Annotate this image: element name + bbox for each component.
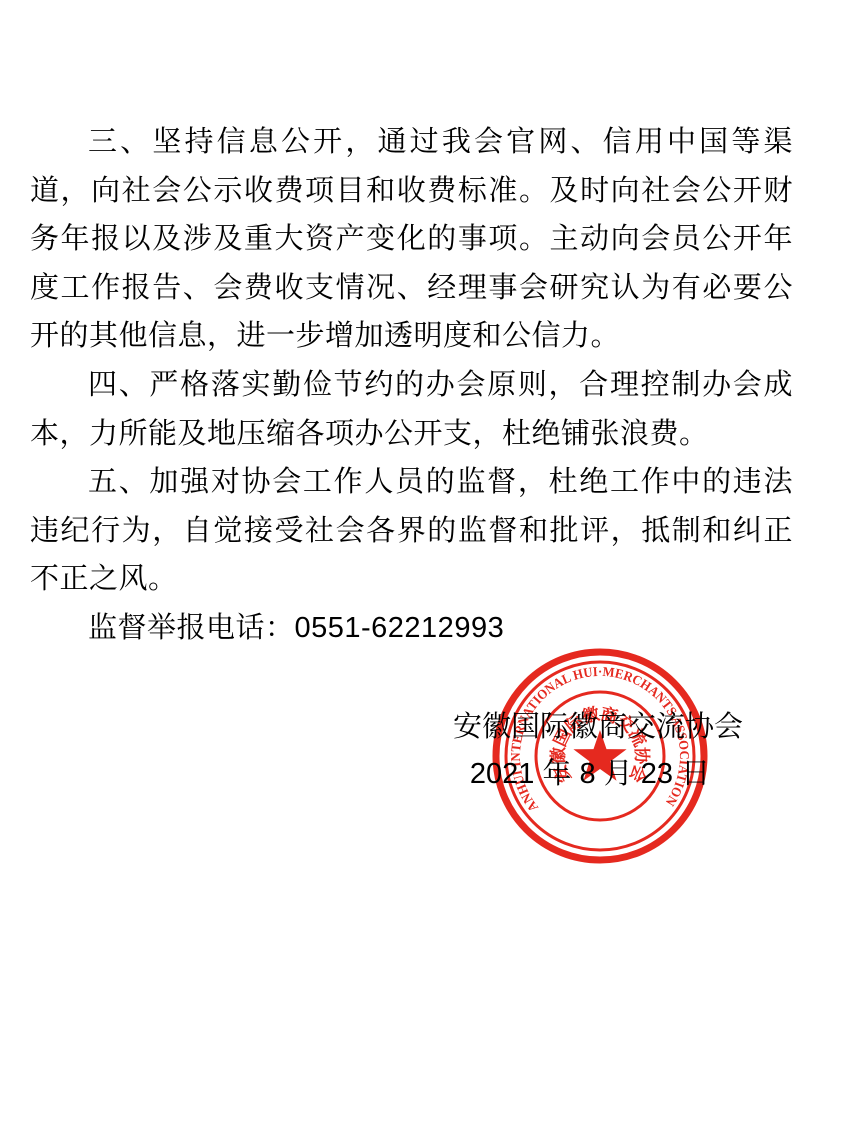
document-body: 三、坚持信息公开，通过我会官网、信用中国等渠道，向社会公示收费项目和收费标准。及… [30, 118, 793, 653]
signature-date: 2021 年 8 月 23 日 [418, 756, 762, 792]
paragraph-five: 五、加强对协会工作人员的监督，杜绝工作中的违法违纪行为，自觉接受社会各界的监督和… [30, 458, 793, 604]
document-page: 三、坚持信息公开，通过我会官网、信用中国等渠道，向社会公示收费项目和收费标准。及… [0, 0, 850, 1133]
paragraph-four: 四、严格落实勤俭节约的办会原则，合理控制办会成本，力所能及地压缩各项办公开支，杜… [30, 361, 793, 458]
paragraph-three: 三、坚持信息公开，通过我会官网、信用中国等渠道，向社会公示收费项目和收费标准。及… [30, 118, 793, 361]
signature-organization: 安徽国际徽商交流协会 [426, 709, 770, 745]
